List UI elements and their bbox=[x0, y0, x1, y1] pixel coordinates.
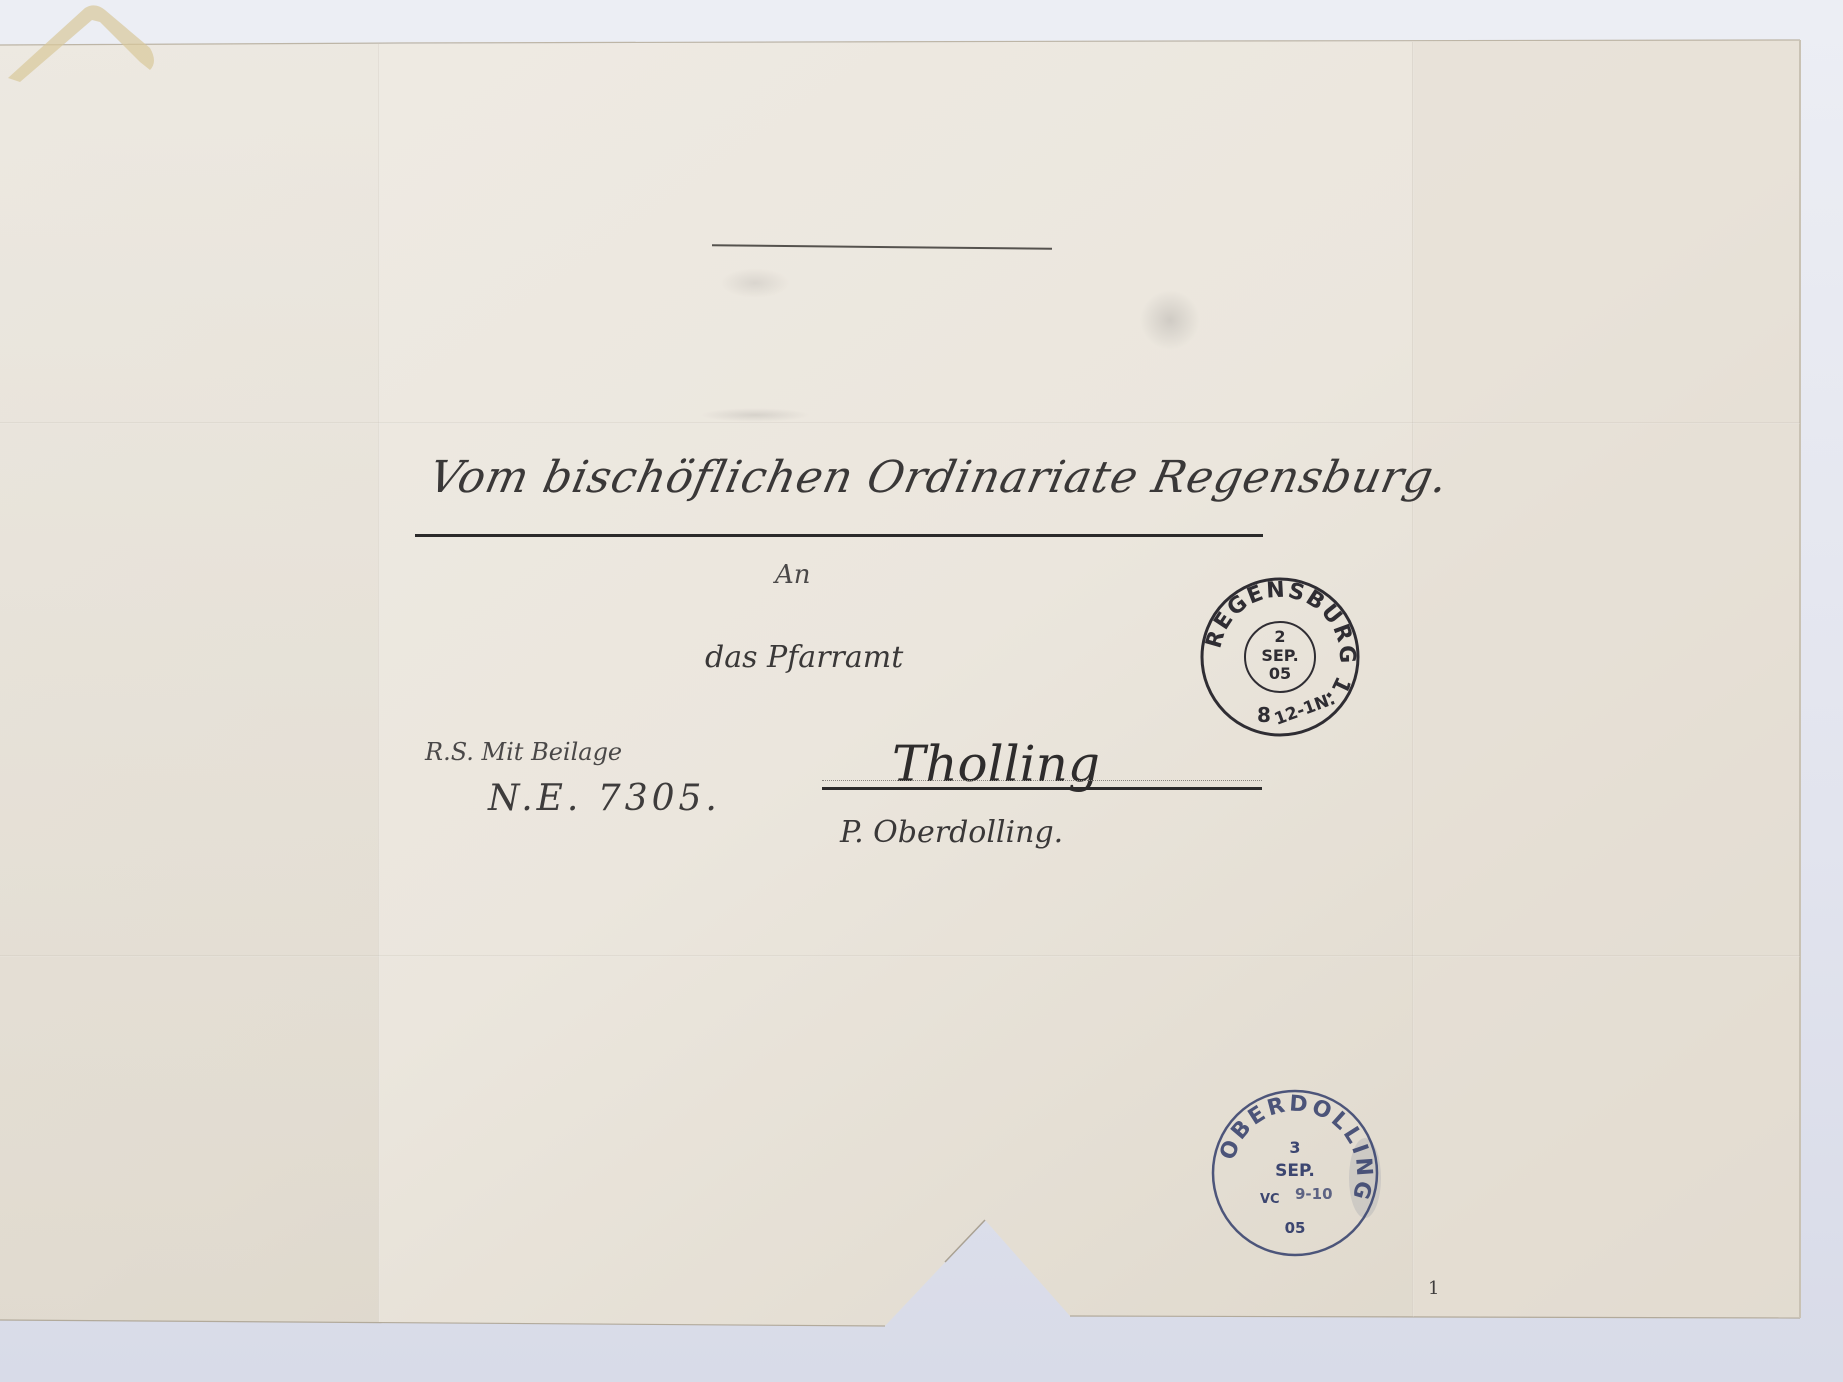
destination-underline bbox=[822, 787, 1262, 790]
stain-mark bbox=[0, 0, 190, 90]
dotted-guide-line bbox=[822, 780, 1262, 781]
ink-smudge bbox=[1140, 290, 1200, 350]
postmark-time: 9-10 bbox=[1295, 1185, 1333, 1203]
letter-sheet: Vom bischöflichen Ordinariate Regensburg… bbox=[0, 0, 1843, 1382]
oberdolling-postmark: OBERDOLLING 3 SEP. VC 9-10 05 bbox=[1200, 1083, 1390, 1263]
postmark-day: 3 bbox=[1289, 1138, 1300, 1157]
sender-line: Vom bischöflichen Ordinariate Regensburg… bbox=[425, 452, 1454, 503]
salutation: An bbox=[775, 560, 811, 590]
postmark-year: 05 bbox=[1269, 664, 1291, 683]
postmark-year: 05 bbox=[1285, 1219, 1306, 1237]
annotation-number: N.E. 7305. bbox=[488, 778, 721, 819]
destination-place: Tholling bbox=[892, 735, 1100, 793]
annotation-enclosure: R.S. Mit Beilage bbox=[425, 738, 622, 766]
postmark-prefix: 8 bbox=[1257, 703, 1271, 727]
regensburg-postmark: REGENSBURG 1. 2 SEP. 05 8 12-1N. bbox=[1195, 572, 1365, 742]
addressee: das Pfarramt bbox=[705, 640, 903, 675]
postmark-month: SEP. bbox=[1261, 646, 1298, 665]
postmark-time: 12-1N. bbox=[1272, 689, 1338, 729]
corner-mark: 1 bbox=[1428, 1278, 1439, 1299]
postmark-day: 2 bbox=[1274, 627, 1285, 646]
sender-underline bbox=[415, 534, 1263, 537]
paper-shape bbox=[0, 0, 1843, 1382]
post-office-via: P. Oberdolling. bbox=[840, 815, 1063, 850]
ink-smudge bbox=[720, 268, 790, 298]
postmark-time-prefix: VC bbox=[1260, 1192, 1280, 1207]
ink-smudge bbox=[700, 408, 810, 422]
postmark-month: SEP. bbox=[1275, 1161, 1315, 1181]
